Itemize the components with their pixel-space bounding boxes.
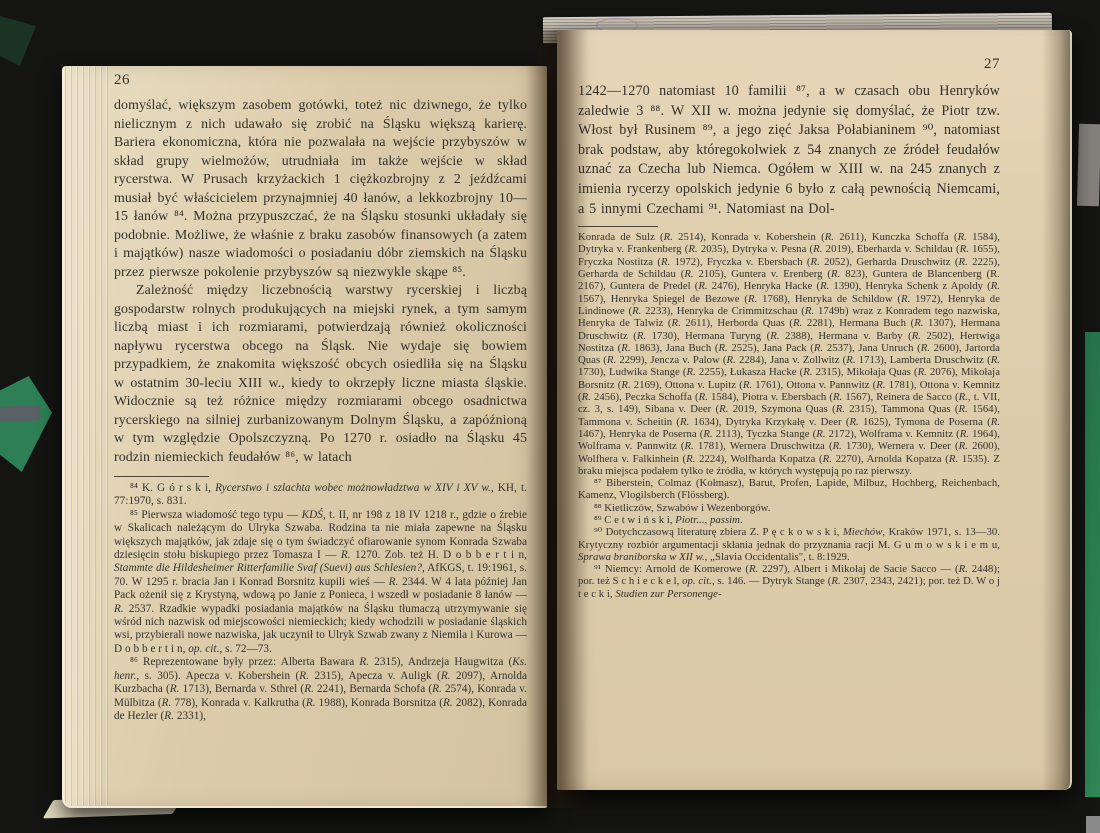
body-paragraph: 1242—1270 natomiast 10 familii ⁸⁷, a w c… bbox=[578, 82, 1000, 219]
page-number-right: 27 bbox=[578, 56, 1000, 73]
fore-edge-shade bbox=[1042, 30, 1070, 790]
gray-corner-bottom-right bbox=[1086, 816, 1100, 833]
body-paragraph: Zależność między liczebnością warstwy ry… bbox=[114, 282, 527, 467]
green-cover-edge-right bbox=[1085, 332, 1100, 797]
page-26-body-text: domyślać, większym zasobem gotówki, tote… bbox=[114, 97, 527, 467]
footnote-rule-left bbox=[114, 476, 209, 477]
footnote: Konrada de Sulz (R. 2514), Konrada v. Ko… bbox=[578, 231, 1000, 477]
footnote: ⁸⁵ Pierwsza wiadomość tego typu — KDŚ, t… bbox=[114, 509, 527, 656]
footnote: ⁸⁸ Kietliczów, Szwabów i Wezenborgów. bbox=[578, 502, 1000, 514]
body-paragraph: domyślać, większym zasobem gotówki, tote… bbox=[114, 97, 527, 282]
page-number-left: 26 bbox=[114, 72, 527, 89]
page-26: 26 domyślać, większym zasobem gotówki, t… bbox=[62, 66, 547, 808]
footnote: ⁸⁹ C e t w i ń s k i, Piotr..., passim. bbox=[578, 514, 1000, 526]
gray-stripe-left bbox=[0, 405, 40, 421]
page-27-body-text: 1242—1270 natomiast 10 familii ⁸⁷, a w c… bbox=[578, 82, 1000, 219]
page-stack-edge-left bbox=[64, 66, 108, 806]
footnote: ⁹⁰ Dotychczasową literaturę zbiera Z. P … bbox=[578, 526, 1000, 563]
page-27: 27 1242—1270 natomiast 10 familii ⁸⁷, a … bbox=[557, 30, 1072, 790]
green-cover-edge-left bbox=[0, 376, 52, 472]
footnote: ⁸⁴ K. G ó r s k i, Rycerstwo i szlachta … bbox=[114, 482, 527, 509]
gray-bar-right bbox=[1077, 124, 1100, 207]
footnote-rule-right bbox=[578, 226, 658, 227]
green-cover-corner-top-left bbox=[0, 16, 36, 66]
page-27-footnotes: Konrada de Sulz (R. 2514), Konrada v. Ko… bbox=[578, 231, 1000, 600]
footnote: ⁸⁷ Biberstein, Colmaz (Kołmasz), Barut, … bbox=[578, 477, 1000, 502]
footnote: ⁸⁶ Reprezentowane były przez: Alberta Ba… bbox=[114, 656, 527, 723]
footnote: ⁹¹ Niemcy: Arnold de Komerowe (R. 2297),… bbox=[578, 563, 1000, 600]
book-scan: 26 domyślać, większym zasobem gotówki, t… bbox=[0, 0, 1100, 833]
page-26-footnotes: ⁸⁴ K. G ó r s k i, Rycerstwo i szlachta … bbox=[114, 482, 527, 723]
